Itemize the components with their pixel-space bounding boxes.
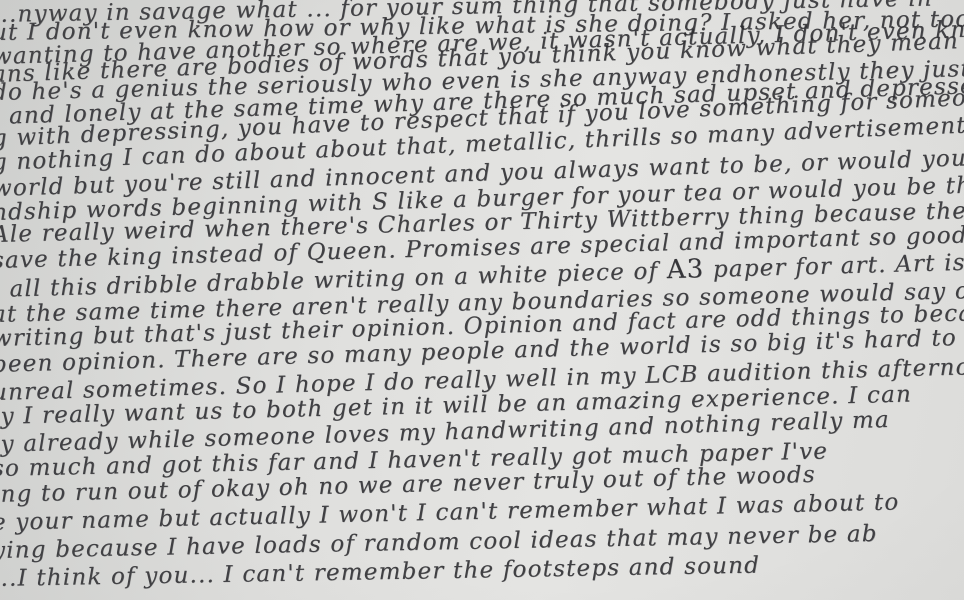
handwritten-paper-photo: ...nyway in savage what ... for your sum… [0, 0, 964, 600]
a3-label: A3 [666, 254, 705, 285]
